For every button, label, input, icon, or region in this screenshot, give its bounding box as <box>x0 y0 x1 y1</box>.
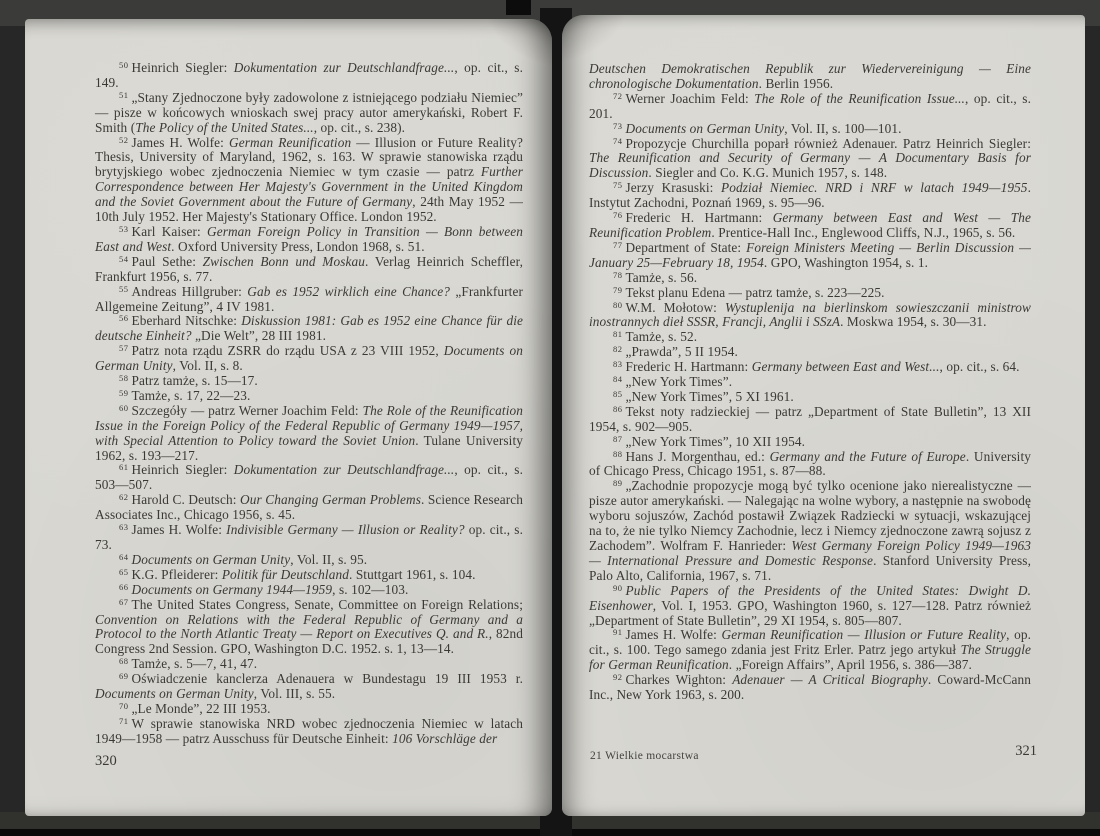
footnote-text: Hans J. Morgenthau, ed.: <box>626 449 770 464</box>
footnote-number: 53 <box>119 224 129 234</box>
footnote: 51„Stany Zjednoczone były zadowolone z i… <box>95 91 523 136</box>
footnote-number: 80 <box>613 300 623 310</box>
footnote-text: Tamże, s. 5—7, 41, 47. <box>132 656 258 671</box>
footnote: 75Jerzy Krasuski: Podział Niemiec. NRD i… <box>589 181 1031 211</box>
footnote: 62Harold C. Deutsch: Our Changing German… <box>95 493 523 523</box>
footnote-text: . Berlin 1956. <box>759 76 834 91</box>
footnote: 54Paul Sethe: Zwischen Bonn und Moskau. … <box>95 255 523 285</box>
footnote-text: . „Foreign Affairs”, April 1956, s. 386—… <box>729 657 972 672</box>
cited-title: 106 Vorschläge der <box>392 731 497 746</box>
footnote-number: 62 <box>119 492 129 502</box>
footnote: 67The United States Congress, Senate, Co… <box>95 598 523 658</box>
footnote-text: . Oxford University Press, London 1968, … <box>171 239 425 254</box>
footnote-text: James H. Wolfe: <box>626 627 722 642</box>
footnote: 92Charkes Wighton: Adenauer — A Critical… <box>589 673 1031 703</box>
footnote: 79Tekst planu Edena — patrz tamże, s. 22… <box>589 286 1031 301</box>
footnote-text: Department of State: <box>626 240 747 255</box>
footnote: 66Documents on Germany 1944—1959, s. 102… <box>95 583 523 598</box>
footnote-text: Jerzy Krasuski: <box>626 180 722 195</box>
footnote-number: 61 <box>119 462 129 472</box>
cited-title: Documents on Germany 1944—1959 <box>132 582 333 597</box>
footnote: 61Heinrich Siegler: Dokumentation zur De… <box>95 463 523 493</box>
footnote-text: „New York Times”, 5 XI 1961. <box>626 389 794 404</box>
footnote-number: 78 <box>613 270 623 280</box>
footnote-number: 56 <box>119 313 129 323</box>
footnote-number: 66 <box>119 582 129 592</box>
cited-title: Convention on Relations with the Federal… <box>95 612 523 642</box>
footnote: 86Tekst noty radzieckiej — patrz „Depart… <box>589 405 1031 435</box>
footnote-text: Tekst planu Edena — patrz tamże, s. 223—… <box>626 285 885 300</box>
scanned-book-photo: 50Heinrich Siegler: Dokumentation zur De… <box>0 0 1100 836</box>
footnote-text: „New York Times”, 10 XII 1954. <box>626 434 806 449</box>
cited-title: Our Changing German Problems <box>240 492 421 507</box>
footnote-number: 73 <box>613 121 623 131</box>
footnote-number: 90 <box>613 583 623 593</box>
footnote: 58Patrz tamże, s. 15—17. <box>95 374 523 389</box>
cited-title: German Reunification — Illusion or Futur… <box>722 627 1007 642</box>
footnote: 52James H. Wolfe: German Reunification —… <box>95 136 523 225</box>
cited-title: Documents on German Unity <box>95 686 254 701</box>
footnote: 89„Zachodnie propozycje mogą być tylko o… <box>589 479 1031 583</box>
footnote-text: Tamże, s. 17, 22—23. <box>132 388 251 403</box>
footnote: 69Oświadczenie kanclerza Adenauera w Bun… <box>95 672 523 702</box>
left-page: 50Heinrich Siegler: Dokumentation zur De… <box>25 19 552 816</box>
footnote-number: 52 <box>119 135 129 145</box>
footnote-number: 51 <box>119 90 129 100</box>
cited-title: Dokumentation zur Deutschlandfrage... <box>234 462 455 477</box>
footnote-text: Karl Kaiser: <box>132 224 208 239</box>
footnote: 70„Le Monde”, 22 III 1953. <box>95 702 523 717</box>
right-page-number: 321 <box>1015 743 1037 760</box>
cited-title: Podział Niemiec. NRD i NRF w latach 1949… <box>721 180 1028 195</box>
footnote-text: Tamże, s. 52. <box>626 329 698 344</box>
footnote-text: Szczegóły — patrz Werner Joachim Feld: <box>132 403 363 418</box>
footnote-number: 59 <box>119 388 129 398</box>
footnote-number: 55 <box>119 284 129 294</box>
footnote-text: The United States Congress, Senate, Comm… <box>132 597 524 612</box>
footnote-number: 88 <box>613 449 623 459</box>
footnote: 83Frederic H. Hartmann: Germany between … <box>589 360 1031 375</box>
footnote-text: . Stuttgart 1961, s. 104. <box>349 567 476 582</box>
footnote-number: 58 <box>119 373 129 383</box>
footnote-number: 92 <box>613 672 623 682</box>
footnote: 60Szczegóły — patrz Werner Joachim Feld:… <box>95 404 523 464</box>
cited-title: Germany between East and West... <box>752 359 940 374</box>
footnote: 65K.G. Pfleiderer: Politik für Deutschla… <box>95 568 523 583</box>
footnote-text: Heinrich Siegler: <box>132 60 234 75</box>
footnote-number: 86 <box>613 404 623 414</box>
footnote-number: 63 <box>119 522 129 532</box>
footnote: 87„New York Times”, 10 XII 1954. <box>589 435 1031 450</box>
footnote-number: 81 <box>613 329 623 339</box>
footnote-number: 71 <box>119 716 129 726</box>
footnote-text: Eberhard Nitschke: <box>132 313 242 328</box>
footnote-number: 91 <box>613 627 623 637</box>
footnote-number: 64 <box>119 552 129 562</box>
footnote: 91James H. Wolfe: German Reunification —… <box>589 628 1031 673</box>
footnote: 80W.M. Mołotow: Wystuplenija na bierlins… <box>589 301 1031 331</box>
cited-title: Gab es 1952 wirklich eine Chance? <box>247 284 450 299</box>
footnote: 85„New York Times”, 5 XI 1961. <box>589 390 1031 405</box>
footnote-number: 72 <box>613 91 623 101</box>
footnote-number: 54 <box>119 254 129 264</box>
cited-title: Adenauer — A Critical Biography <box>732 672 928 687</box>
footnote-text: Patrz nota rządu ZSRR do rządu USA z 23 … <box>132 343 444 358</box>
printers-signature: 21 Wielkie mocarstwa <box>590 750 699 762</box>
footnote-text: „Prawda”, 5 II 1954. <box>626 344 738 359</box>
footnote-number: 70 <box>119 701 129 711</box>
cited-title: German Reunification <box>229 135 351 150</box>
footnote-text: . Prentice-Hall Inc., Englewood Cliffs, … <box>711 225 1015 240</box>
footnote-text: , op. cit., s. 238). <box>314 120 405 135</box>
footnote-text: Oświadczenie kanclerza Adenauera w Bunde… <box>132 671 524 686</box>
footnote-text: Tekst noty radzieckiej — patrz „Departme… <box>589 404 1031 434</box>
cited-title: Germany and the Future of Europe <box>770 449 966 464</box>
footnote-number: 79 <box>613 285 623 295</box>
spine-mark <box>506 0 531 15</box>
footnote-text: Werner Joachim Feld: <box>626 91 755 106</box>
footnote-number: 82 <box>613 344 623 354</box>
footnote: 88Hans J. Morgenthau, ed.: Germany and t… <box>589 450 1031 480</box>
footnote-text: , Vol. I, 1953. GPO, Washington 1960, s.… <box>589 598 1031 628</box>
right-page-footnotes: Deutschen Demokratischen Republik zur Wi… <box>589 62 1031 703</box>
footnote: 57Patrz nota rządu ZSRR do rządu USA z 2… <box>95 344 523 374</box>
cited-title: The Role of the Reunification Issue... <box>754 91 965 106</box>
footnote-text: W.M. Mołotow: <box>626 300 725 315</box>
footnote: 78Tamże, s. 56. <box>589 271 1031 286</box>
cited-title: Zwischen Bonn und Moskau <box>203 254 365 269</box>
left-page-footnotes: 50Heinrich Siegler: Dokumentation zur De… <box>95 61 523 747</box>
cited-title: Dokumentation zur Deutschlandfrage... <box>234 60 455 75</box>
cited-title: Documents on German Unity <box>626 121 785 136</box>
footnote-text: . Moskwa 1954, s. 30—31. <box>840 314 986 329</box>
footnote-text: Paul Sethe: <box>132 254 203 269</box>
footnote-text: Harold C. Deutsch: <box>132 492 241 507</box>
footnote-number: 67 <box>119 597 129 607</box>
footnote-number: 68 <box>119 656 129 666</box>
footnote-text: Propozycje Churchilla poparł również Ade… <box>626 136 1032 151</box>
footnote-number: 75 <box>613 180 623 190</box>
footnote: 76Frederic H. Hartmann: Germany between … <box>589 211 1031 241</box>
footnote: 55Andreas Hillgruber: Gab es 1952 wirkli… <box>95 285 523 315</box>
footnote: 90Public Papers of the Presidents of the… <box>589 584 1031 629</box>
footnote-text: Frederic H. Hartmann: <box>626 359 752 374</box>
footnote: 50Heinrich Siegler: Dokumentation zur De… <box>95 61 523 91</box>
right-page: Deutschen Demokratischen Republik zur Wi… <box>562 15 1085 816</box>
left-page-number: 320 <box>95 753 117 770</box>
footnote: 53Karl Kaiser: German Foreign Policy in … <box>95 225 523 255</box>
footnote: 68Tamże, s. 5—7, 41, 47. <box>95 657 523 672</box>
footnote-text: , Vol. III, s. 55. <box>254 686 335 701</box>
footnote-text: . Siegler and Co. K.G. Munich 1957, s. 1… <box>648 165 887 180</box>
cited-title: Indivisible Germany — Illusion or Realit… <box>226 522 464 537</box>
footnote-number: 74 <box>613 136 623 146</box>
footnote-number: 76 <box>613 210 623 220</box>
footnote-text: , Vol. II, s. 100—101. <box>784 121 901 136</box>
footnote-text: „Le Monde”, 22 III 1953. <box>132 701 271 716</box>
footnote-number: 87 <box>613 434 623 444</box>
footnote-number: 57 <box>119 343 129 353</box>
footnote-text: Charkes Wighton: <box>626 672 733 687</box>
footnote-text: Frederic H. Hartmann: <box>626 210 773 225</box>
footnote-text: Tamże, s. 56. <box>626 270 698 285</box>
footnote-text: James H. Wolfe: <box>132 522 227 537</box>
footnote-text: , s. 102—103. <box>332 582 408 597</box>
footnote-number: 77 <box>613 240 623 250</box>
footnote: 56Eberhard Nitschke: Diskussion 1981: Ga… <box>95 314 523 344</box>
footnote-number: 65 <box>119 567 129 577</box>
footnote-text: , Vol. II, s. 95. <box>290 552 367 567</box>
footnote: 64Documents on German Unity, Vol. II, s.… <box>95 553 523 568</box>
footnote: 63James H. Wolfe: Indivisible Germany — … <box>95 523 523 553</box>
footnote-number: 89 <box>613 478 623 488</box>
footnote-text: „Die Welt”, 28 III 1981. <box>192 328 326 343</box>
footnote-text: Andreas Hillgruber: <box>132 284 248 299</box>
footnote-text: . GPO, Washington 1954, s. 1. <box>764 255 928 270</box>
footnote-text: Heinrich Siegler: <box>132 462 234 477</box>
footnote-text: Patrz tamże, s. 15—17. <box>132 373 258 388</box>
footnote-number: 85 <box>613 389 623 399</box>
footnote: 74Propozycje Churchilla poparł również A… <box>589 137 1031 182</box>
footnote: 71W sprawie stanowiska NRD wobec zjednoc… <box>95 717 523 747</box>
footnote: 73Documents on German Unity, Vol. II, s.… <box>589 122 1031 137</box>
footnote-number: 83 <box>613 359 623 369</box>
footnote-number: 50 <box>119 60 129 70</box>
footnote: 77Department of State: Foreign Ministers… <box>589 241 1031 271</box>
cited-title: Documents on German Unity <box>132 552 291 567</box>
footnote: 84„New York Times”. <box>589 375 1031 390</box>
cited-title: The Policy of the United States... <box>135 120 313 135</box>
footnote-number: 69 <box>119 671 129 681</box>
footnote: 81Tamże, s. 52. <box>589 330 1031 345</box>
footnote-number: 84 <box>613 374 623 384</box>
cited-title: Politik für Deutschland <box>222 567 349 582</box>
footnote-text: K.G. Pfleiderer: <box>132 567 222 582</box>
footnote-text: , Vol. II, s. 8. <box>173 358 243 373</box>
footnote: 82„Prawda”, 5 II 1954. <box>589 345 1031 360</box>
footnote-text: „New York Times”. <box>626 374 733 389</box>
footnote: 59Tamże, s. 17, 22—23. <box>95 389 523 404</box>
footnote-continuation: Deutschen Demokratischen Republik zur Wi… <box>589 62 1031 92</box>
footnote: 72Werner Joachim Feld: The Role of the R… <box>589 92 1031 122</box>
footnote-text: James H. Wolfe: <box>132 135 230 150</box>
footnote-number: 60 <box>119 403 129 413</box>
footnote-text: , op. cit., s. 64. <box>940 359 1020 374</box>
